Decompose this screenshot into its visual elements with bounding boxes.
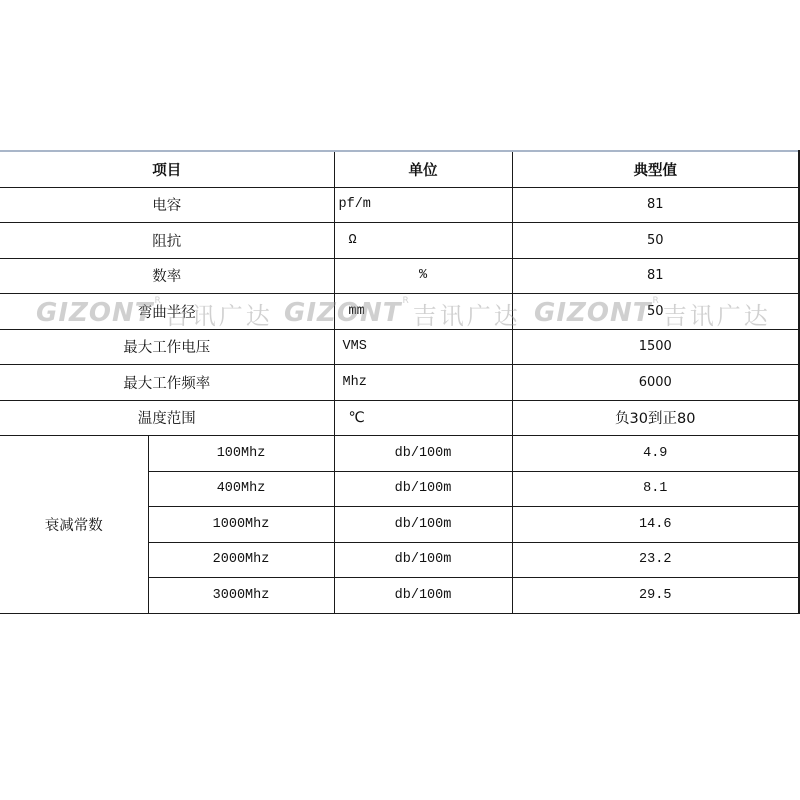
header-unit: 单位 xyxy=(334,151,512,187)
freq-cell: 1000Mhz xyxy=(148,507,334,543)
table-row: 数率 % 81 xyxy=(0,258,799,294)
header-item: 项目 xyxy=(0,151,334,187)
unit-cell: ℃ xyxy=(334,400,512,436)
unit-cell: db/100m xyxy=(334,471,512,507)
table-row: 最大工作电压 VMS 1500 xyxy=(0,329,799,365)
unit-cell: db/100m xyxy=(334,578,512,614)
value-cell: 8.1 xyxy=(512,471,799,507)
attenuation-label: 衰减常数 xyxy=(0,436,148,614)
table-row: 电容 pf/m 81 xyxy=(0,187,799,223)
unit-cell: pf/m xyxy=(334,187,512,223)
header-row: 项目 单位 典型值 xyxy=(0,151,799,187)
spec-table-container: 项目 单位 典型值 电容 pf/m 81 阻抗 Ω 50 数率 % 81 弯曲半… xyxy=(0,150,799,614)
value-cell: 负30到正80 xyxy=(512,400,799,436)
value-cell: 14.6 xyxy=(512,507,799,543)
item-cell: 电容 xyxy=(0,187,334,223)
unit-cell: % xyxy=(334,258,512,294)
value-cell: 1500 xyxy=(512,329,799,365)
table-row: 阻抗 Ω 50 xyxy=(0,223,799,259)
table-row: 弯曲半径 mm 50 xyxy=(0,294,799,330)
value-cell: 81 xyxy=(512,258,799,294)
table-row: 最大工作频率 Mhz 6000 xyxy=(0,365,799,401)
spec-table: 项目 单位 典型值 电容 pf/m 81 阻抗 Ω 50 数率 % 81 弯曲半… xyxy=(0,150,800,614)
value-cell: 23.2 xyxy=(512,542,799,578)
unit-cell: db/100m xyxy=(334,436,512,472)
unit-cell: Mhz xyxy=(334,365,512,401)
value-cell: 6000 xyxy=(512,365,799,401)
unit-cell: VMS xyxy=(334,329,512,365)
unit-cell: db/100m xyxy=(334,542,512,578)
freq-cell: 400Mhz xyxy=(148,471,334,507)
value-cell: 81 xyxy=(512,187,799,223)
item-cell: 温度范围 xyxy=(0,400,334,436)
table-row: 温度范围 ℃ 负30到正80 xyxy=(0,400,799,436)
value-cell: 29.5 xyxy=(512,578,799,614)
item-cell: 最大工作频率 xyxy=(0,365,334,401)
freq-cell: 100Mhz xyxy=(148,436,334,472)
value-cell: 50 xyxy=(512,294,799,330)
value-cell: 4.9 xyxy=(512,436,799,472)
item-cell: 最大工作电压 xyxy=(0,329,334,365)
unit-cell: Ω xyxy=(334,223,512,259)
item-cell: 数率 xyxy=(0,258,334,294)
item-cell: 阻抗 xyxy=(0,223,334,259)
item-cell: 弯曲半径 xyxy=(0,294,334,330)
freq-cell: 2000Mhz xyxy=(148,542,334,578)
header-value: 典型值 xyxy=(512,151,799,187)
unit-cell: mm xyxy=(334,294,512,330)
attenuation-row: 衰减常数 100Mhz db/100m 4.9 xyxy=(0,436,799,472)
unit-cell: db/100m xyxy=(334,507,512,543)
value-cell: 50 xyxy=(512,223,799,259)
freq-cell: 3000Mhz xyxy=(148,578,334,614)
